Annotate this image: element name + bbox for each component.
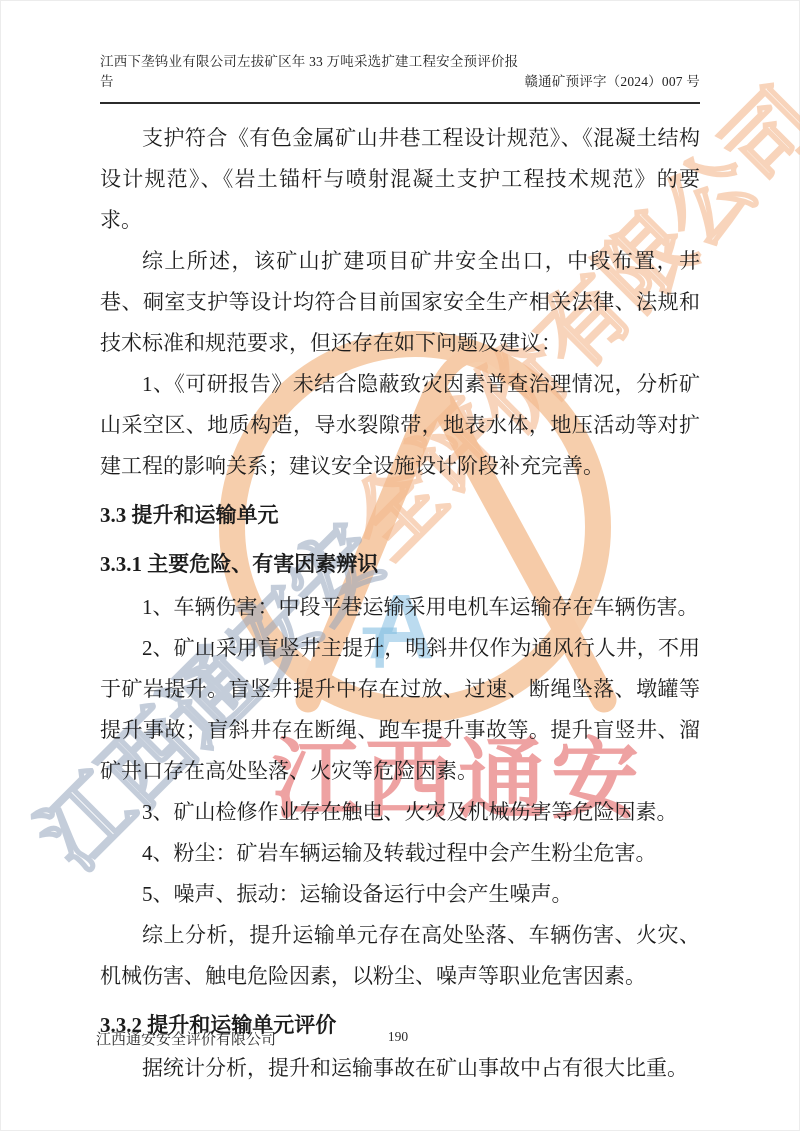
page-header: 江西下垄钨业有限公司左拔矿区年 33 万吨采选扩建工程安全预评价报告 赣通矿预评… — [100, 0, 700, 90]
page-footer: 江西通安安全评价有限公司 190 — [96, 1028, 700, 1049]
paragraph: 综上分析，提升运输单元存在高处坠落、车辆伤害、火灾、机械伤害、触电危险因素，以粉… — [100, 915, 700, 997]
header-document-number: 赣通矿预评字（2024）007 号 — [524, 70, 700, 90]
paragraph: 1、车辆伤害：中段平巷运输采用电机车运输存在车辆伤害。 — [100, 587, 700, 628]
paragraph: 综上所述，该矿山扩建项目矿井安全出口，中段布置，井巷、硐室支护等设计均符合目前国… — [100, 241, 700, 364]
header-report-title: 江西下垄钨业有限公司左拔矿区年 33 万吨采选扩建工程安全预评价报告 — [100, 50, 524, 90]
section-heading: 3.3 提升和运输单元 — [100, 495, 700, 536]
document-body: 支护符合《有色金属矿山井巷工程设计规范》、《混凝土结构设计规范》、《岩土锚杆与喷… — [100, 118, 700, 1089]
paragraph: 5、噪声、振动：运输设备运行中会产生噪声。 — [100, 874, 700, 915]
document-content: 江西下垄钨业有限公司左拔矿区年 33 万吨采选扩建工程安全预评价报告 赣通矿预评… — [0, 0, 800, 1089]
report-page: T A 江西通安安全评价有限公司 江西通安 江西下垄钨业有限公司左拔矿区年 33… — [0, 0, 800, 1131]
paragraph: 3、矿山检修作业存在触电、火灾及机械伤害等危险因素。 — [100, 792, 700, 833]
footer-page-number: 190 — [388, 1029, 408, 1045]
paragraph: 4、粉尘：矿岩车辆运输及转载过程中会产生粉尘危害。 — [100, 833, 700, 874]
paragraph: 据统计分析，提升和运输事故在矿山事故中占有很大比重。 — [100, 1048, 700, 1089]
header-divider — [100, 102, 700, 104]
paragraph: 2、矿山采用盲竖井主提升，明斜井仅作为通风行人井，不用于矿岩提升。盲竖井提升中存… — [100, 628, 700, 792]
paragraph: 支护符合《有色金属矿山井巷工程设计规范》、《混凝土结构设计规范》、《岩土锚杆与喷… — [100, 118, 700, 241]
footer-company-name: 江西通安安全评价有限公司 — [96, 1032, 276, 1048]
section-heading: 3.3.1 主要危险、有害因素辨识 — [100, 544, 700, 585]
paragraph: 1、《可研报告》未结合隐蔽致灾因素普查治理情况，分析矿山采空区、地质构造，导水裂… — [100, 364, 700, 487]
